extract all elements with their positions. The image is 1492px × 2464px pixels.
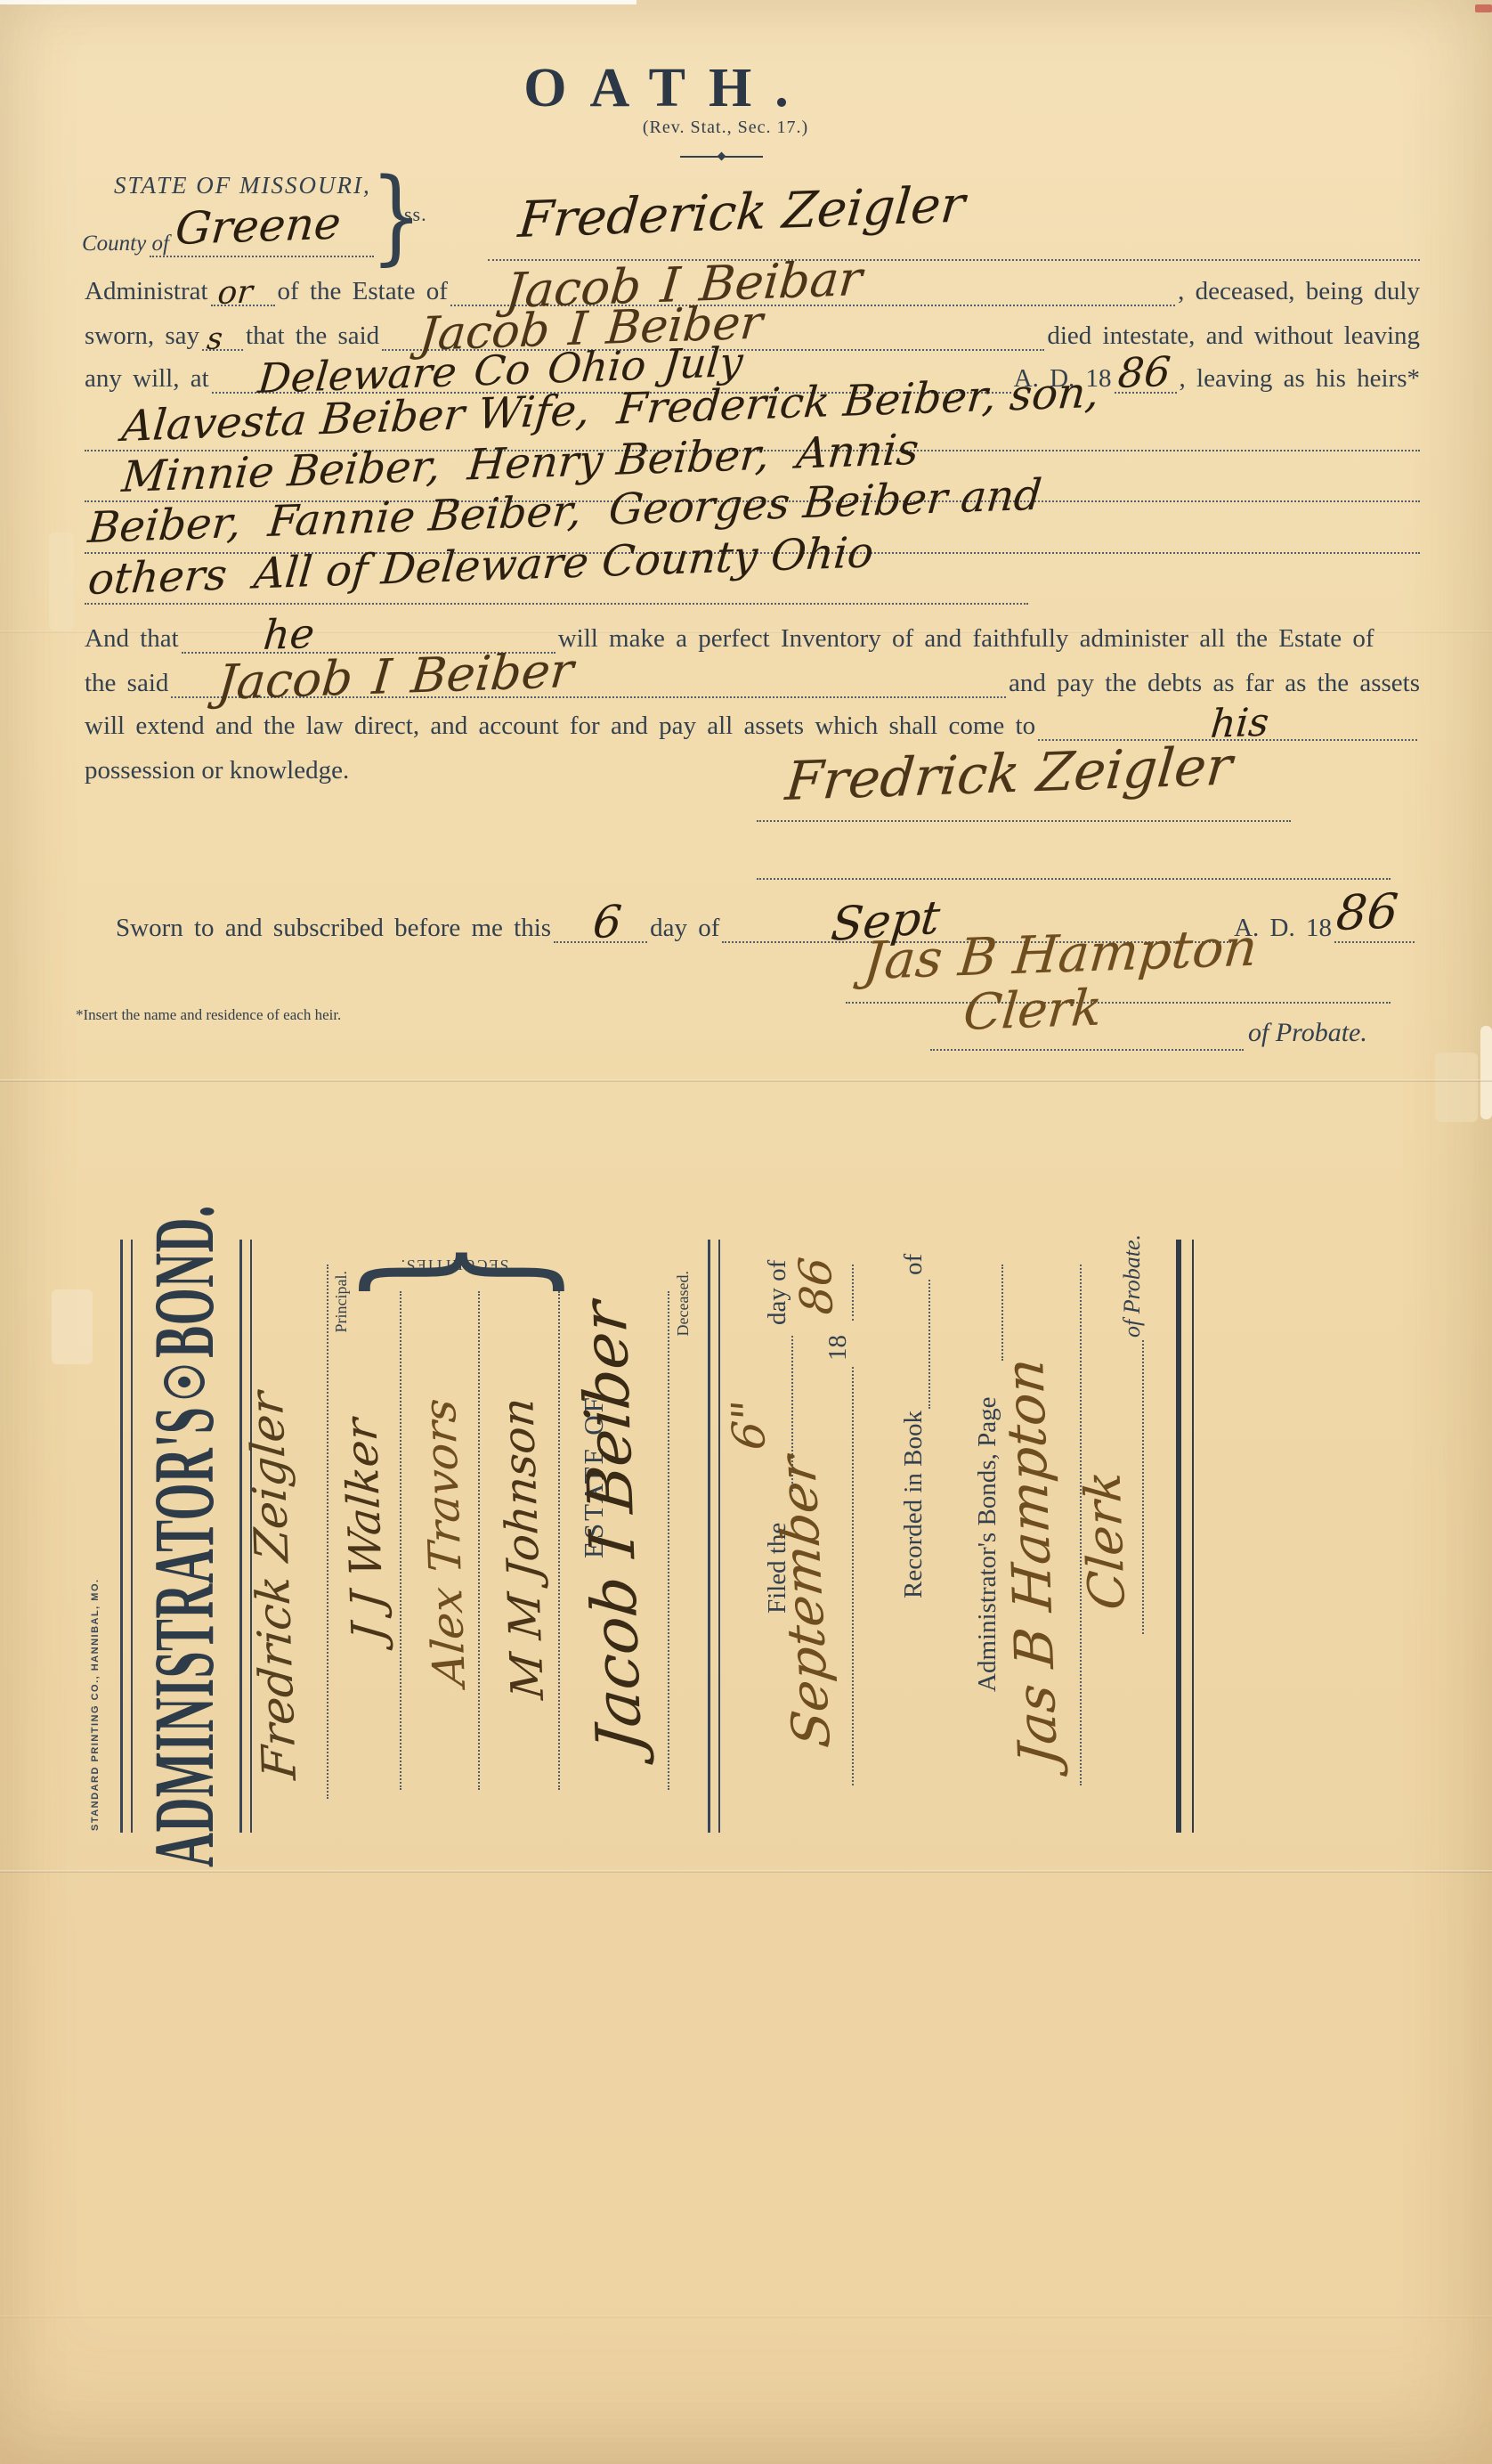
- double-rule: [708, 1240, 720, 1833]
- form-line-debts: the said Jacob I Beiber and pay the debt…: [85, 667, 1420, 701]
- blank-fill: Jacob I Beiber: [171, 696, 1006, 698]
- pronoun-handwriting: he: [262, 613, 316, 655]
- security-line: [478, 1291, 480, 1790]
- bullseye-dot: [178, 1377, 191, 1387]
- recorded-of-label: of: [899, 1254, 928, 1275]
- divider-bar: [680, 156, 719, 158]
- printed-text: And that: [85, 622, 179, 656]
- printed-text: , deceased, being duly: [1178, 275, 1420, 309]
- filed-year-line: [852, 1265, 854, 1321]
- of-probate-label: of Probate.: [1248, 1018, 1367, 1048]
- principal-name-handwriting: Fredrick Zeigler: [244, 1390, 304, 1781]
- signature-line: [757, 820, 1291, 822]
- printed-text: and pay the debts as far as the assets: [1009, 667, 1420, 701]
- security-line: [558, 1291, 560, 1790]
- printed-text: will extend and the law direct, and acco…: [85, 710, 1035, 744]
- clerk-signature-handwriting: Jas B Hampton: [862, 922, 1260, 987]
- principal-line: [327, 1265, 328, 1799]
- deceased-label: Deceased.: [674, 1271, 693, 1385]
- printed-text: sworn, say: [85, 320, 199, 354]
- security-name-handwriting: J J Walker: [338, 1417, 391, 1643]
- red-corner-mark: [1475, 4, 1492, 12]
- decedent-name-handwriting: Jacob I Beiber: [215, 646, 575, 707]
- security-name-handwriting: M M Johnson: [495, 1396, 550, 1701]
- printed-text: Administrat: [85, 275, 208, 309]
- oath-signature-handwriting: Fredrick Zeigler: [783, 740, 1234, 809]
- printer-credit: STANDARD PRINTING CO., HANNIBAL, MO.: [90, 1578, 101, 1831]
- empty-line: [757, 878, 1391, 880]
- printed-text: Sworn to and subscribed before me this: [116, 912, 551, 946]
- clerk-signature-line: [846, 1002, 1391, 1004]
- fold-crease: [0, 1870, 1492, 1873]
- filed-month-line: [852, 1367, 854, 1785]
- bonds-page-line: [1001, 1265, 1003, 1361]
- county-line: [150, 256, 374, 257]
- filed-month-handwriting: September: [771, 1453, 838, 1750]
- filed-18-label: 18: [823, 1335, 853, 1361]
- clerk-title-handwriting: Clerk: [961, 984, 1104, 1038]
- heavy-double-rule: [1176, 1240, 1194, 1833]
- bond-clerk-title-line: [1142, 1340, 1144, 1634]
- heirs-line: [85, 603, 1028, 605]
- bond-title-word: ADMINISTRATOR'S: [140, 1407, 230, 1867]
- printed-text: that the said: [246, 320, 379, 354]
- statute-reference: (Rev. Stat., Sec. 17.): [369, 118, 1082, 138]
- double-rule: [120, 1240, 133, 1833]
- recorded-label: Recorded in Book: [899, 1411, 928, 1598]
- paper-smudge: [49, 533, 74, 630]
- handwriting: s: [206, 323, 224, 354]
- printed-text: day of: [650, 912, 719, 946]
- bond-clerk-signature-handwriting: Jas B Hampton: [998, 1356, 1066, 1768]
- filed-year-handwriting: 86: [793, 1256, 839, 1316]
- form-line-inventory: And that he will make a perfect Inventor…: [85, 622, 1420, 656]
- fold-crease: [0, 2315, 1492, 2318]
- bond-of-probate-label: of Probate.: [1119, 1234, 1146, 1338]
- filed-day-of-label: day of: [763, 1260, 792, 1325]
- bond-clerk-title-handwriting: Clerk: [1079, 1469, 1133, 1612]
- state-line: STATE OF MISSOURI,: [114, 172, 371, 199]
- county-value-handwriting: Greene: [174, 201, 343, 251]
- security-name-handwriting: Alex Travors: [418, 1397, 472, 1687]
- printed-text: , leaving as his heirs*: [1180, 362, 1420, 396]
- securities-label: SECURITIES.: [400, 1256, 509, 1273]
- printed-text: will make a perfect Inventory of and fai…: [558, 622, 1374, 656]
- divider-rule: [680, 153, 763, 159]
- bond-panel: STANDARD PRINTING CO., HANNIBAL, MO. ADM…: [85, 1238, 1197, 1834]
- ss-label: ss.: [404, 203, 427, 226]
- fold-crease: [0, 1079, 1492, 1082]
- clerk-title-line: [930, 1049, 1244, 1051]
- printed-text: any will, at: [85, 362, 209, 396]
- printed-text: died intestate, and without leaving: [1047, 320, 1420, 354]
- bond-title: ADMINISTRATOR'S BOND.: [140, 1205, 230, 1867]
- bond-title-word: BOND.: [140, 1205, 230, 1358]
- scanned-probate-document: OATH. (Rev. Stat., Sec. 17.) STATE OF MI…: [0, 0, 1492, 2464]
- year-handwriting: 86: [1334, 887, 1400, 937]
- tape-mark: [1435, 1053, 1478, 1122]
- edge-tear-mark: [1480, 1026, 1492, 1119]
- recorded-book-line: [928, 1280, 930, 1409]
- blank-fill: 6: [554, 941, 647, 943]
- bullseye-icon: [164, 1366, 205, 1399]
- oath-title: OATH.: [0, 57, 1335, 120]
- blank-fill: s: [202, 349, 243, 351]
- divider-bar: [724, 156, 763, 158]
- blank-fill: 86: [1115, 392, 1177, 394]
- form-line-sworn: sworn, say s that the said Jacob I Beibe…: [85, 320, 1420, 354]
- security-line: [400, 1291, 401, 1790]
- bond-panel-rotated-content: STANDARD PRINTING CO., HANNIBAL, MO. ADM…: [85, 1238, 1197, 1834]
- estate-name-line: [668, 1291, 669, 1790]
- printed-text: of the Estate of: [278, 275, 448, 309]
- county-label: County of: [82, 232, 169, 256]
- footnote: *Insert the name and residence of each h…: [76, 1006, 341, 1024]
- year-handwriting: 86: [1116, 351, 1172, 394]
- day-handwriting: 6: [591, 899, 623, 945]
- blank-fill: or: [211, 305, 275, 306]
- estate-name-handwriting: Jacob I Beiber: [572, 1299, 651, 1754]
- divider-diamond-icon: [718, 152, 726, 161]
- filed-day-handwriting: 6": [726, 1399, 772, 1452]
- administrator-name-handwriting: Frederick Zeigler: [516, 181, 967, 246]
- scan-edge-artifact: [0, 0, 637, 4]
- handwriting: or: [216, 276, 254, 309]
- blank-fill: 86: [1334, 941, 1415, 943]
- possession-clause: possession or knowledge.: [85, 756, 349, 785]
- printed-text: the said: [85, 667, 168, 701]
